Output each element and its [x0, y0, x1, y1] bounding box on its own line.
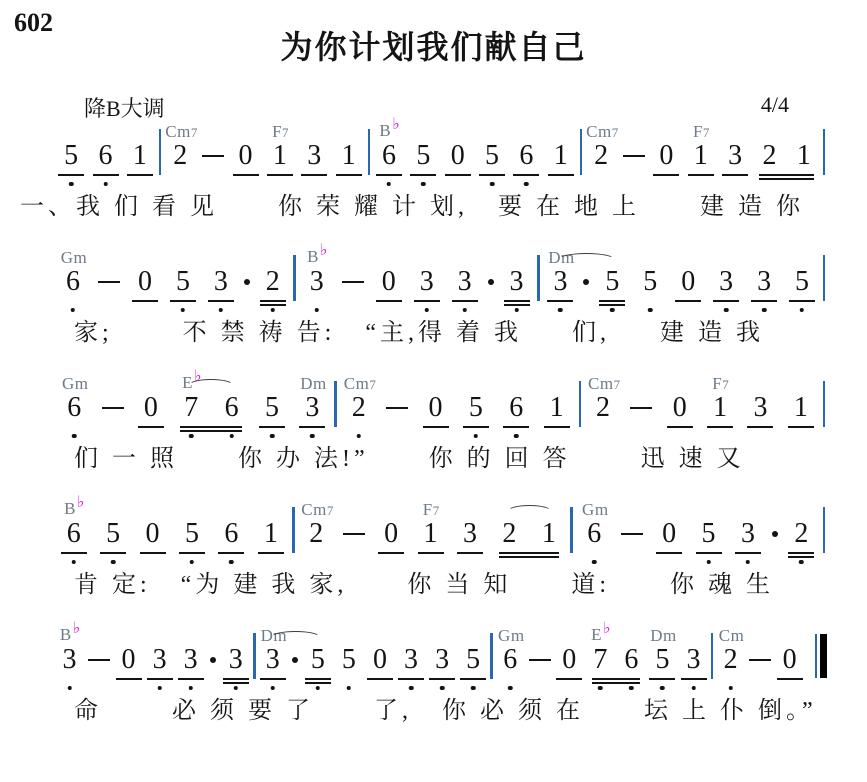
underline [479, 174, 505, 176]
note-cell: 6 [509, 139, 543, 173]
chord-label: B♭ [60, 626, 81, 644]
chord-root: F [693, 122, 703, 141]
underline [376, 300, 402, 302]
barline-stroke [579, 381, 582, 427]
octave-dot-low [219, 308, 224, 313]
note-digit: 3 [463, 517, 477, 551]
chord-minor: m [731, 626, 745, 645]
beam-underline [180, 426, 242, 428]
chord-seventh: 7 [282, 125, 289, 140]
note-digit: 5 [106, 517, 120, 551]
underline [460, 678, 486, 680]
dot-glyph [583, 279, 589, 285]
underline [503, 426, 529, 428]
underline [93, 174, 119, 176]
underline [305, 678, 331, 680]
note-cell: 1F7 [700, 391, 740, 425]
octave-dot-low [310, 434, 315, 439]
octave-dot-low [648, 308, 653, 313]
octave-dot-low [271, 308, 276, 313]
octave-dot-low [103, 182, 108, 187]
underline [423, 426, 449, 428]
dot-glyph [210, 657, 216, 663]
note-digit: 5 [485, 139, 499, 173]
chord-seventh: 7 [722, 377, 729, 392]
note-digit: 6 [67, 391, 81, 425]
note-digit: 0 [662, 517, 676, 551]
note-digit: 0 [146, 517, 160, 551]
song-title: 为你计划我们献自己 [0, 0, 867, 68]
chord-label: B♭ [379, 122, 400, 140]
note-cell: 5Dm [647, 643, 678, 677]
chord-minor: m [598, 122, 612, 141]
note-digit: 1 [794, 391, 808, 425]
chord-root: B [379, 121, 391, 140]
note-cell: 0 [649, 517, 688, 551]
underline [445, 174, 471, 176]
underline [218, 552, 244, 554]
barline-stroke [292, 507, 295, 553]
octave-dot-low [409, 686, 414, 691]
chord-seventh: 7 [191, 125, 198, 140]
beam-underline [499, 556, 560, 558]
note-cell: 6Gm [54, 391, 94, 425]
note-digit: 2 [794, 517, 808, 551]
flat-icon: ♭ [77, 494, 85, 511]
note-cell: 3 [718, 139, 752, 173]
note-digit: 1 [342, 139, 356, 173]
note-digit: 2 [173, 139, 187, 173]
note-digit: 1 [797, 139, 811, 173]
note-cell: 0 [649, 139, 683, 173]
note-cell: 6 [212, 517, 251, 551]
dash-glyph [749, 659, 771, 662]
octave-dot-low [316, 686, 321, 691]
note-digit: 5 [702, 517, 716, 551]
chord-label: Gm [62, 375, 89, 392]
duration-dash [526, 643, 554, 677]
underline [429, 678, 455, 680]
note-digit: 6 [67, 517, 81, 551]
note-cell: 3Dm [542, 265, 580, 299]
underline [147, 678, 173, 680]
chord-label: Dm [650, 627, 677, 644]
octave-dot-low [762, 308, 767, 313]
barline-stroke [580, 129, 583, 175]
note-digit: 3 [184, 643, 198, 677]
dotted-note-dot [768, 517, 782, 551]
note-digit: 6 [224, 517, 238, 551]
note-cell: 5 [93, 517, 132, 551]
note-cell: 0 [228, 139, 262, 173]
underline [260, 678, 286, 680]
note-cell: 1 [544, 139, 578, 173]
chord-label: E♭ [591, 626, 611, 644]
note-digit: 2 [502, 517, 516, 551]
dot-glyph [772, 531, 778, 537]
octave-dot-low [691, 686, 696, 691]
final-bar-thin [815, 634, 818, 678]
chord-label: Gm [498, 627, 525, 644]
underline [544, 426, 570, 428]
underline [789, 300, 815, 302]
final-barline [805, 643, 827, 677]
music-system-4: 6B♭505612Cm701F73216Gm0532肯 定: “为 建 我 家,… [0, 492, 867, 602]
music-system-1: 5612Cm701F7316B♭505612Cm701F7321一、我 们 看 … [0, 114, 867, 224]
note-cell: 3 [728, 517, 767, 551]
underline [599, 300, 625, 302]
note-cell: 3 [144, 643, 175, 677]
note-cell: 3B♭ [54, 643, 85, 677]
duration-dash [94, 391, 130, 425]
note-digit: 1 [550, 391, 564, 425]
note-digit: 5 [469, 391, 483, 425]
chord-minor: m [663, 626, 677, 645]
underline [410, 174, 436, 176]
note-cell: 0 [126, 265, 164, 299]
octave-dot-low [71, 308, 76, 313]
note-cell: 2Cm [715, 643, 746, 677]
note-digit: 5 [342, 643, 356, 677]
dotted-note-dot [206, 643, 220, 677]
duration-dash [623, 391, 659, 425]
note-cell: 5 [475, 139, 509, 173]
octave-dot-low [490, 182, 495, 187]
underline [140, 552, 166, 554]
underline [548, 174, 574, 176]
underline [258, 552, 284, 554]
chord-root: D [650, 626, 663, 645]
underline [788, 426, 814, 428]
barline [821, 517, 827, 551]
beam-underline [180, 430, 242, 432]
octave-dot-low [746, 560, 751, 565]
note-digit: 0 [122, 643, 136, 677]
notation-row: 6Gm07E♭653Dm2Cm705612Cm701F731 [0, 366, 867, 442]
barline [821, 391, 827, 425]
chord-minor: m [75, 374, 89, 393]
beam-underline [759, 174, 813, 176]
octave-dot-low [558, 308, 563, 313]
chord-root: F [272, 122, 282, 141]
octave-dot-low [67, 686, 72, 691]
dash-glyph [88, 659, 110, 662]
flat-icon: ♭ [392, 116, 400, 133]
underline [656, 552, 682, 554]
octave-dot-low [424, 308, 429, 313]
note-cell: 5 [406, 139, 440, 173]
note-cell: 1F7 [263, 139, 297, 173]
note-digit: 0 [451, 139, 465, 173]
note-cell: 0 [370, 265, 408, 299]
note-digit: 3 [214, 265, 228, 299]
music-system-2: 6Gm05323B♭03333Dm550335家; 不 禁 祷 告: “主,得 … [0, 240, 867, 350]
note-digit: 2 [266, 265, 280, 299]
note-cell: 0 [669, 265, 707, 299]
note-digit: 3 [435, 643, 449, 677]
note-cell: 0 [371, 517, 410, 551]
note-digit: 0 [239, 139, 253, 173]
chord-root: G [498, 626, 511, 645]
duration-dash [336, 265, 370, 299]
dash-glyph [98, 281, 120, 284]
chord-label: Cm7 [165, 123, 198, 140]
note-digit: 3 [458, 265, 472, 299]
barline-stroke [823, 507, 826, 553]
note-cell: 3 [408, 265, 446, 299]
note-digit: 0 [429, 391, 443, 425]
tie-arc [558, 253, 615, 266]
note-digit: 0 [562, 643, 576, 677]
underline [649, 678, 675, 680]
chord-root: B [60, 625, 72, 644]
chord-root: B [64, 499, 76, 518]
underline [260, 300, 286, 302]
beam-underline [592, 682, 640, 684]
underline [747, 426, 773, 428]
dash-glyph [621, 533, 643, 536]
note-digit: 5 [643, 265, 657, 299]
note-digit: 3 [553, 265, 567, 299]
note-digit: 3 [757, 265, 771, 299]
note-cell: 3 [297, 139, 331, 173]
note-cell: 5 [252, 391, 292, 425]
underline [513, 174, 539, 176]
chord-label: Gm [582, 501, 609, 518]
beam-underline [759, 178, 813, 180]
chord-label: Cm7 [586, 123, 619, 140]
note-cell: 6B♭ [372, 139, 406, 173]
note-digit: 5 [64, 139, 78, 173]
flat-icon: ♭ [603, 620, 611, 637]
duration-dash [614, 517, 649, 551]
underline [138, 426, 164, 428]
underline [707, 426, 733, 428]
note-cell: 6 [211, 391, 251, 425]
underline [735, 552, 761, 554]
chord-minor: m [313, 500, 327, 519]
note-cell: 3Dm [257, 643, 288, 677]
underline [208, 300, 234, 302]
underline [696, 552, 722, 554]
note-cell: 3B♭ [298, 265, 336, 299]
chord-label: Dm [300, 375, 327, 392]
octave-dot-low [229, 434, 234, 439]
note-digit: 5 [466, 643, 480, 677]
dash-glyph [386, 407, 408, 410]
dot-glyph [488, 279, 494, 285]
note-digit: 2 [594, 139, 608, 173]
note-cell: 5 [631, 265, 669, 299]
beam-underline [499, 552, 560, 554]
dash-glyph [343, 533, 365, 536]
dash-glyph [529, 659, 551, 662]
note-cell: 5 [333, 643, 364, 677]
barline-stroke [537, 255, 540, 301]
note-digit: 7 [593, 643, 607, 677]
chord-root: B [307, 247, 319, 266]
note-cell: 3 [202, 265, 240, 299]
octave-dot-low [799, 560, 804, 565]
note-cell: 7E♭ [585, 643, 616, 677]
note-cell: 6B♭ [54, 517, 93, 551]
chord-root: C [344, 374, 356, 393]
note-cell: 3 [740, 391, 780, 425]
underline [301, 174, 327, 176]
note-digit: 6 [225, 391, 239, 425]
note-digit: 3 [719, 265, 733, 299]
octave-dot-low [471, 686, 476, 691]
song-number: 602 [14, 8, 53, 38]
octave-dot-low [660, 686, 665, 691]
duration-dash [379, 391, 415, 425]
note-cell: 3 [427, 643, 458, 677]
note-digit: 0 [144, 391, 158, 425]
octave-dot-low [72, 434, 77, 439]
note-cell: 1 [787, 139, 821, 173]
underline [367, 678, 393, 680]
barline-stroke [253, 633, 256, 679]
note-cell: 2 [782, 517, 821, 551]
chord-root: E [591, 625, 602, 644]
octave-dot-low [314, 308, 319, 313]
octave-dot-low [270, 434, 275, 439]
dotted-note-dot [288, 643, 302, 677]
note-digit: 7 [184, 391, 198, 425]
note-cell: 6 [88, 139, 122, 173]
duration-dash [92, 265, 126, 299]
note-digit: 0 [384, 517, 398, 551]
octave-dot-low [387, 182, 392, 187]
note-cell: 5 [783, 265, 821, 299]
chord-seventh: 7 [327, 503, 334, 518]
barline-stroke [293, 255, 296, 301]
note-digit: 6 [99, 139, 113, 173]
note-digit: 6 [382, 139, 396, 173]
note-cell: 2 [752, 139, 786, 173]
note-digit: 1 [424, 517, 438, 551]
chord-root: G [582, 500, 595, 519]
underline [675, 300, 701, 302]
dotted-note-dot [484, 265, 498, 299]
underline [132, 300, 158, 302]
octave-dot-low [189, 434, 194, 439]
note-cell: 1 [781, 391, 821, 425]
underline [61, 552, 87, 554]
underline [58, 174, 84, 176]
chord-root: C [301, 500, 313, 519]
note-cell: 0 [133, 517, 172, 551]
note-digit: 1 [713, 391, 727, 425]
note-digit: 6 [587, 517, 601, 551]
music-system-5: 3B♭03333Dm5503356Gm07E♭65Dm32Cm0命 必 须 要 … [0, 618, 867, 728]
chord-minor: m [600, 374, 614, 393]
note-digit: 1 [554, 139, 568, 173]
underline [722, 174, 748, 176]
note-cell: 2Cm7 [163, 139, 197, 173]
note-cell: 3Dm [292, 391, 332, 425]
note-digit: 0 [673, 391, 687, 425]
octave-dot-low [629, 686, 634, 691]
beam-underline [592, 678, 640, 680]
chord-minor: m [74, 248, 88, 267]
underline [170, 300, 196, 302]
underline [457, 552, 483, 554]
underline [305, 682, 331, 684]
octave-dot-low [440, 686, 445, 691]
duration-dash [197, 139, 228, 173]
chord-label: B♭ [64, 500, 85, 518]
notation-row: 3B♭03333Dm5503356Gm07E♭65Dm32Cm0 [0, 618, 867, 694]
note-cell: 6 [496, 391, 536, 425]
chord-seventh: 7 [614, 377, 621, 392]
chord-label: Gm [61, 249, 88, 266]
note-cell: 3 [450, 517, 489, 551]
underline [178, 678, 204, 680]
notation-row: 6B♭505612Cm701F73216Gm0532 [0, 492, 867, 568]
octave-dot-low [462, 308, 467, 313]
note-cell: 1 [331, 139, 365, 173]
underline [452, 300, 478, 302]
underline [463, 426, 489, 428]
chord-label: F7 [712, 375, 729, 392]
note-cell: 1 [251, 517, 290, 551]
note-digit: 5 [185, 517, 199, 551]
barline-stroke [823, 381, 826, 427]
note-cell: 0 [554, 643, 585, 677]
note-digit: 0 [373, 643, 387, 677]
note-cell: 2Cm7 [339, 391, 379, 425]
note-cell: 0 [131, 391, 171, 425]
note-cell: 0 [415, 391, 455, 425]
note-cell: 0 [660, 391, 700, 425]
barline-stroke [570, 507, 573, 553]
note-digit: 6 [66, 265, 80, 299]
note-digit: 5 [655, 643, 669, 677]
octave-dot-low [357, 434, 362, 439]
lyrics-line: 命 必 须 要 了 了, 你 必 须 在 坛 上 仆 倒。” [0, 694, 867, 728]
note-cell: 3 [678, 643, 709, 677]
underline [653, 174, 679, 176]
barline-stroke [711, 633, 714, 679]
note-digit: 3 [307, 139, 321, 173]
underline [788, 552, 814, 554]
octave-dot-low [181, 308, 186, 313]
chord-minor: m [313, 374, 327, 393]
barline [821, 139, 827, 173]
note-digit: 0 [783, 643, 797, 677]
underline [378, 552, 404, 554]
note-digit: 0 [138, 265, 152, 299]
duration-dash [618, 139, 649, 173]
note-cell: 5 [458, 643, 489, 677]
note-cell: 3 [396, 643, 427, 677]
chord-label: Cm [719, 627, 745, 644]
note-cell: 1 [529, 517, 568, 551]
chord-seventh: 7 [612, 125, 619, 140]
note-cell: 5 [593, 265, 631, 299]
chord-minor: m [356, 374, 370, 393]
octave-dot-low [524, 182, 529, 187]
octave-dot-low [514, 308, 519, 313]
note-digit: 0 [681, 265, 695, 299]
note-digit: 6 [503, 643, 517, 677]
note-digit: 5 [265, 391, 279, 425]
note-digit: 3 [420, 265, 434, 299]
note-cell: 0 [113, 643, 144, 677]
note-cell: 5 [54, 139, 88, 173]
chord-minor: m [511, 626, 525, 645]
